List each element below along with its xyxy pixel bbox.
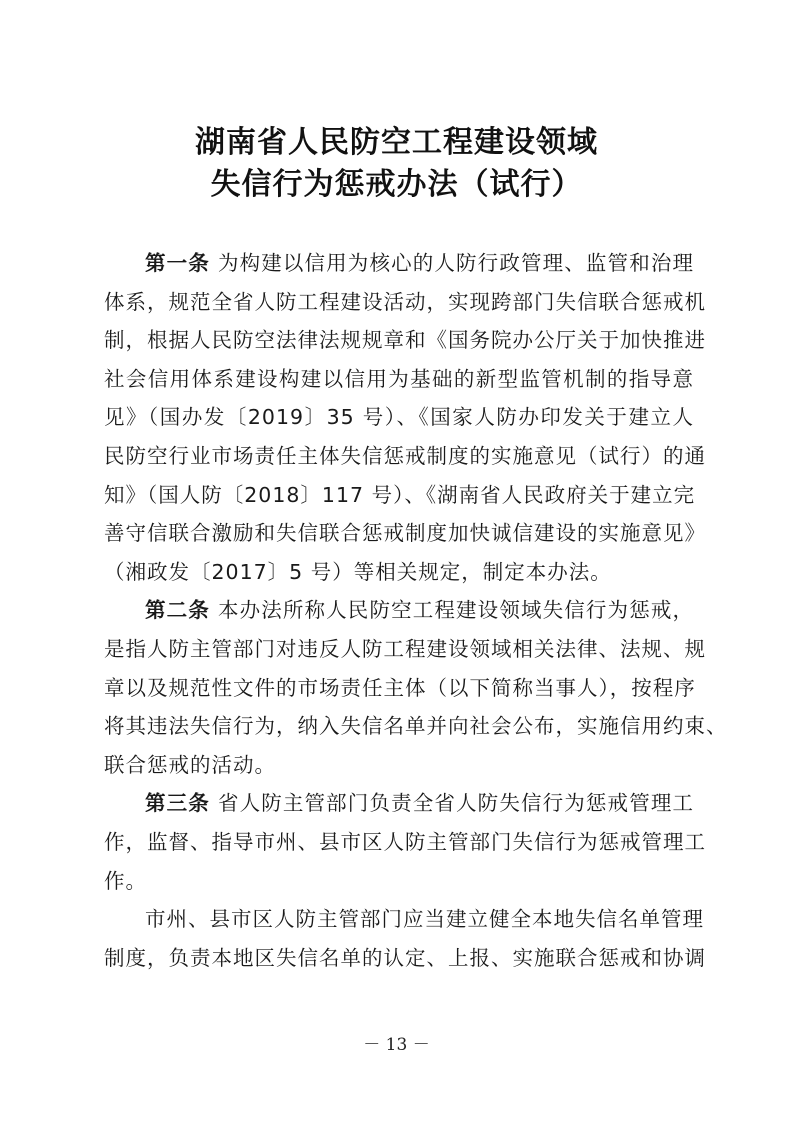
paragraph-line: （湘政发〔2017〕5 号）等相关规定，制定本办法。 bbox=[104, 553, 694, 592]
article-2-label: 第二条 bbox=[145, 598, 210, 622]
article-3-text: 省人防主管部门负责全省人防失信行为惩戒管理工 bbox=[218, 791, 694, 815]
paragraph-line: 作。 bbox=[104, 862, 694, 901]
document-title-line-2: 失信行为惩戒办法（试行） bbox=[0, 165, 793, 205]
paragraph-line: 善守信联合激励和失信联合惩戒制度加快诚信建设的实施意见》 bbox=[104, 514, 694, 553]
paragraph-line: 将其违法失信行为，纳入失信名单并向社会公布，实施信用约束、 bbox=[104, 707, 694, 746]
document-title-line-1: 湖南省人民防空工程建设领域 bbox=[0, 123, 793, 163]
page-number: － 13 － bbox=[0, 1030, 793, 1055]
paragraph-line: 社会信用体系建设构建以信用为基础的新型监管机制的指导意 bbox=[104, 360, 694, 399]
document-page: 湖南省人民防空工程建设领域 失信行为惩戒办法（试行） 第一条为构建以信用为核心的… bbox=[0, 0, 793, 1122]
paragraph-line: 知》（国人防〔2018〕117 号）、《湖南省人民政府关于建立完 bbox=[104, 476, 694, 515]
document-body: 第一条为构建以信用为核心的人防行政管理、监管和治理 体系，规范全省人防工程建设活… bbox=[104, 244, 694, 977]
paragraph-line: 见》（国办发〔2019〕35 号）、《国家人防办印发关于建立人 bbox=[104, 398, 694, 437]
paragraph-line: 制度，负责本地区失信名单的认定、上报、实施联合惩戒和协调 bbox=[104, 939, 694, 978]
article-1-label: 第一条 bbox=[145, 251, 210, 275]
paragraph-line: 联合惩戒的活动。 bbox=[104, 746, 694, 785]
paragraph-line: 章以及规范性文件的市场责任主体（以下简称当事人），按程序 bbox=[104, 669, 694, 708]
paragraph-line: 是指人防主管部门对违反人防工程建设领域相关法律、法规、规 bbox=[104, 630, 694, 669]
article-3-line-1: 第三条省人防主管部门负责全省人防失信行为惩戒管理工 bbox=[104, 784, 694, 823]
article-1-line-1: 第一条为构建以信用为核心的人防行政管理、监管和治理 bbox=[104, 244, 694, 283]
article-2-text: 本办法所称人民防空工程建设领域失信行为惩戒， bbox=[218, 598, 694, 622]
paragraph-line: 制，根据人民防空法律法规规章和《国务院办公厅关于加快推进 bbox=[104, 321, 694, 360]
paragraph-line: 市州、县市区人防主管部门应当建立健全本地失信名单管理 bbox=[104, 900, 694, 939]
paragraph-line: 体系，规范全省人防工程建设活动，实现跨部门失信联合惩戒机 bbox=[104, 283, 694, 322]
article-3-label: 第三条 bbox=[145, 791, 210, 815]
paragraph-line: 民防空行业市场责任主体失信惩戒制度的实施意见（试行）的通 bbox=[104, 437, 694, 476]
paragraph-line: 作，监督、指导市州、县市区人防主管部门失信行为惩戒管理工 bbox=[104, 823, 694, 862]
article-1-text: 为构建以信用为核心的人防行政管理、监管和治理 bbox=[218, 251, 694, 275]
article-2-line-1: 第二条本办法所称人民防空工程建设领域失信行为惩戒， bbox=[104, 591, 694, 630]
